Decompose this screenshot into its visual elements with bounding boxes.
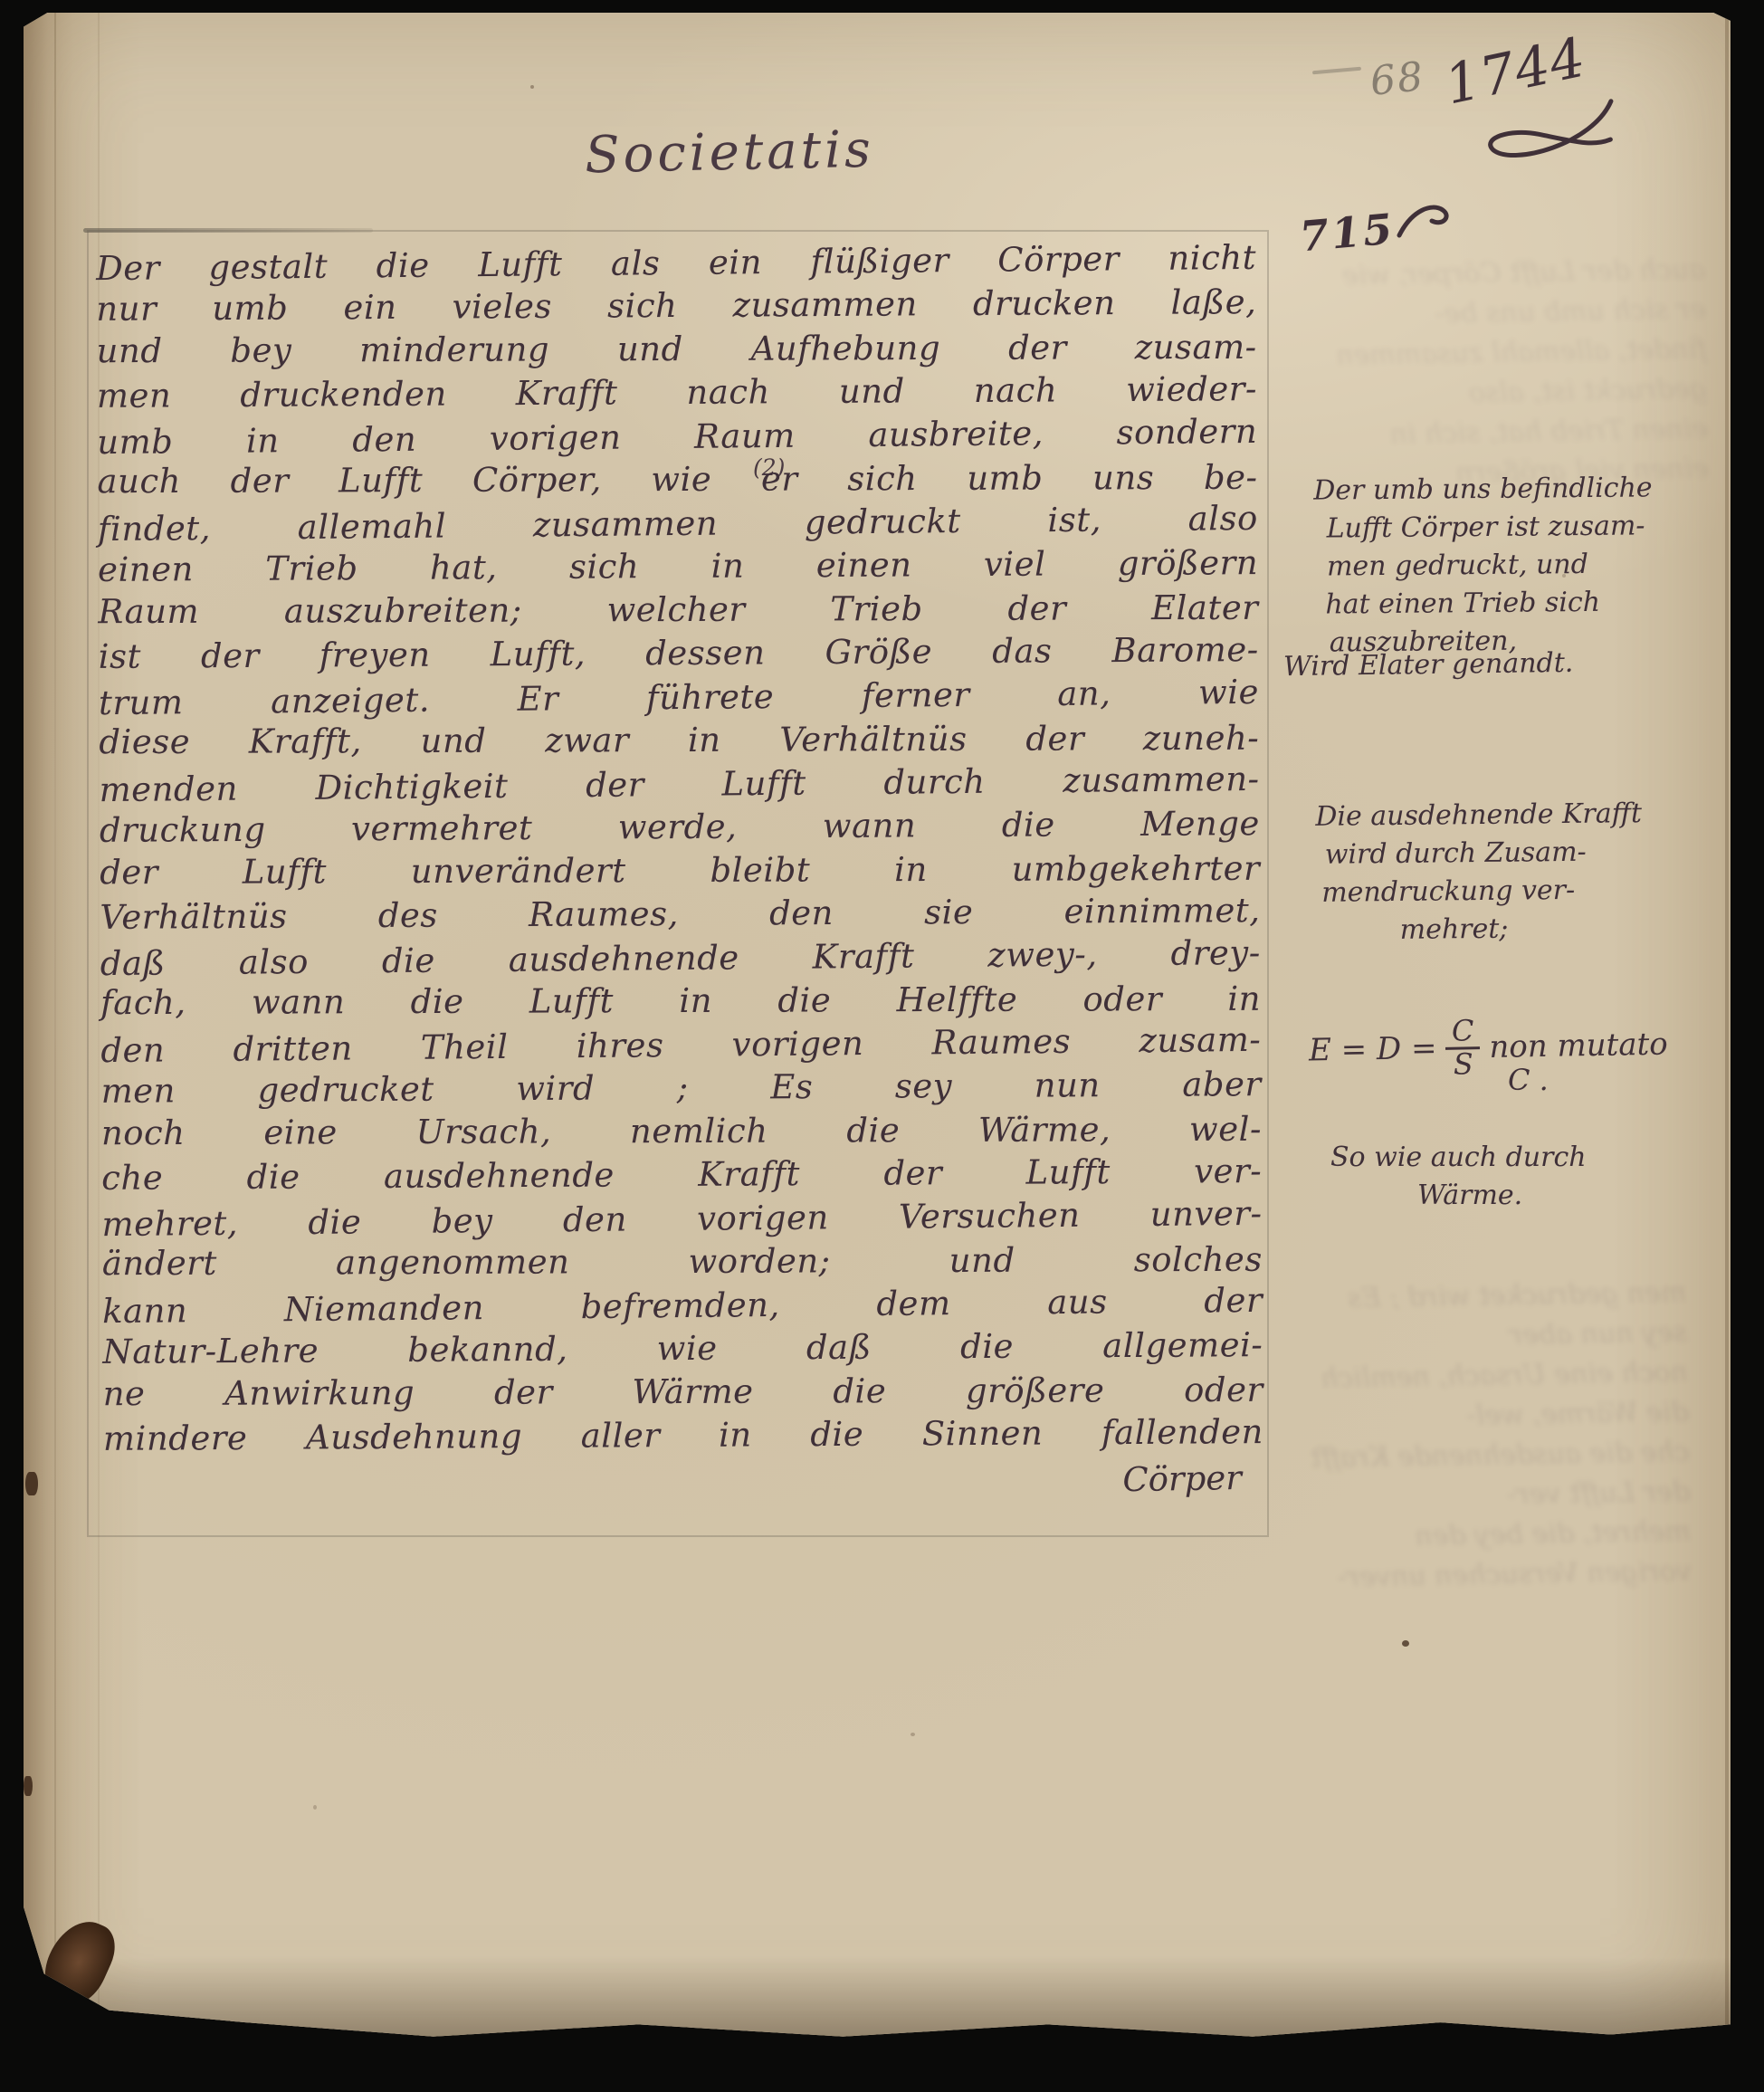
showthrough-line: noch eine Ursach, nemlich die Wärme, wel… bbox=[1307, 1352, 1688, 1438]
formula-tail: non mutato bbox=[1489, 1027, 1668, 1065]
page-number: 715 bbox=[1298, 205, 1397, 262]
main-text: Der gestalt die Lufft als ein flüßiger C… bbox=[96, 237, 1263, 1461]
text-line: und bey minderung und Aufhebung der zusa… bbox=[97, 326, 1257, 373]
paper-speck bbox=[313, 1805, 317, 1810]
text-line: mindere Ausdehnung aller in die Sinnen f… bbox=[103, 1410, 1263, 1461]
ink-showthrough: auch der Lufft Cörper, wie er sich umb u… bbox=[1307, 250, 1710, 496]
page-bottom-shadow bbox=[24, 1957, 1731, 2039]
formula-lhs: E = D = bbox=[1309, 1030, 1437, 1068]
text-line: noch eine Ursach, nemlich die Wärme, wel… bbox=[101, 1108, 1262, 1155]
folio-number-pencil: 68 bbox=[1368, 53, 1426, 105]
showthrough-line: mehret, die bey den vorigen Versuchen un… bbox=[1311, 1512, 1692, 1598]
formula-numerator: C bbox=[1452, 1016, 1474, 1046]
paper-speck bbox=[911, 1733, 915, 1736]
text-line: men druckenden Krafft nach und nach wied… bbox=[97, 368, 1257, 418]
text-line: Raum auszubreiten; welcher Trieb der Ela… bbox=[98, 587, 1258, 634]
margin-note-line: Lufft Cörper ist zusam- bbox=[1313, 507, 1653, 548]
text-line: ne Anwirkung der Wärme die größere oder bbox=[103, 1369, 1263, 1416]
text-line: ist der freyen Lufft, dessen Größe das B… bbox=[99, 628, 1259, 679]
pencil-rule-dash bbox=[83, 228, 373, 233]
paper-speck bbox=[1562, 574, 1566, 578]
margin-note-line: mehret; bbox=[1316, 909, 1643, 950]
margin-note-line: hat einen Trieb sich bbox=[1314, 583, 1654, 624]
formula-fraction: C S bbox=[1445, 1016, 1481, 1080]
margin-formula: E = D = C S non mutato bbox=[1308, 1013, 1668, 1083]
margin-note-elater-conclusion: Wird Elater genandt. bbox=[1283, 645, 1574, 686]
margin-note-line: wird durch Zusam- bbox=[1316, 833, 1643, 874]
binding-stitch bbox=[24, 1776, 33, 1796]
text-line: diese Krafft, und zwar in Verhältnüs der… bbox=[99, 717, 1259, 764]
margin-note-compression: Die ausdehnende Krafft wird durch Zusam-… bbox=[1315, 795, 1643, 950]
scan-canvas: Societatis 68 1744 715 (2) Der gestalt d… bbox=[0, 0, 1764, 2092]
margin-note-elater: Der umb uns befindliche Lufft Cörper ist… bbox=[1313, 469, 1654, 662]
pencil-mark bbox=[1312, 67, 1361, 75]
margin-note-line: men gedruckt, und bbox=[1314, 545, 1654, 586]
formula-tail-constant: C . bbox=[1508, 1063, 1549, 1097]
margin-note-warmth: So wie auch durch Wärme. bbox=[1330, 1139, 1587, 1215]
text-line: che die ausdehnende Krafft der Lufft ver… bbox=[101, 1150, 1262, 1200]
manuscript-page: Societatis 68 1744 715 (2) Der gestalt d… bbox=[24, 13, 1731, 2039]
showthrough-line: findet, allemahl zusammen gedruckt ist, … bbox=[1308, 330, 1707, 416]
showthrough-line: men gedrucket wird ; Es sey nun aber bbox=[1306, 1273, 1687, 1359]
text-line: fach, wann die Lufft in die Helffte oder… bbox=[100, 978, 1261, 1025]
showthrough-line: che die ausdehnende Krafft der Lufft ver… bbox=[1309, 1432, 1690, 1518]
text-line: der Lufft unverändert bleibt in umbgekeh… bbox=[100, 847, 1260, 894]
margin-note-line: Wärme. bbox=[1330, 1177, 1587, 1215]
page-right-edge bbox=[1725, 13, 1729, 2039]
binding-fold-line bbox=[54, 13, 56, 2039]
text-line: ändert angenommen worden; und solches bbox=[102, 1238, 1263, 1285]
ink-speck bbox=[1402, 1640, 1409, 1647]
page-number-flourish bbox=[1396, 201, 1459, 243]
margin-note-line: So wie auch durch bbox=[1330, 1139, 1587, 1177]
formula-denominator: S bbox=[1445, 1046, 1481, 1080]
paper-speck bbox=[530, 85, 534, 89]
margin-note-line: mendruckung ver- bbox=[1316, 871, 1643, 912]
showthrough-line: auch der Lufft Cörper, wie er sich umb u… bbox=[1307, 250, 1706, 337]
binding-stitch bbox=[25, 1472, 38, 1495]
text-line: auch der Lufft Cörper, wie er sich umb u… bbox=[97, 456, 1257, 503]
ink-showthrough: men gedrucket wird ; Es sey nun aber noc… bbox=[1306, 1273, 1692, 1598]
showthrough-line: einen Trieb hat, sich in einen viel größ… bbox=[1310, 409, 1709, 496]
margin-note-line: Die ausdehnende Krafft bbox=[1315, 795, 1642, 836]
text-line: Verhältnüs des Raumes, den sie einnimmet… bbox=[100, 889, 1260, 940]
page-title: Societatis bbox=[448, 118, 1010, 188]
